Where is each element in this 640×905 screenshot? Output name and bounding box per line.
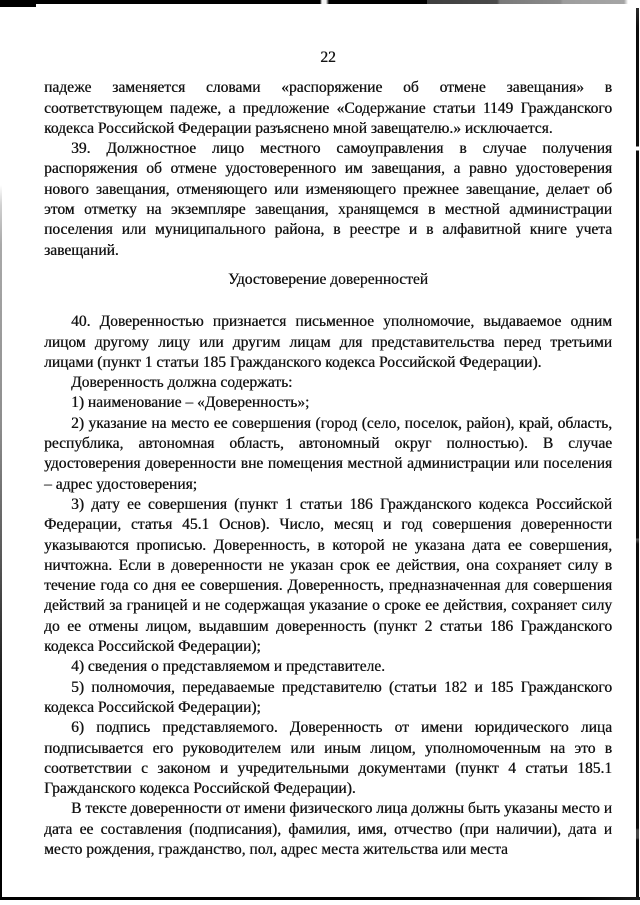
scan-edge-top — [0, 0, 632, 4]
scan-edge-right — [636, 8, 639, 900]
scanned-document-page: 22 падеже заменяется словами «распоряжен… — [0, 0, 640, 905]
list-item-3: 3) дату ее совершения (пункт 1 статьи 18… — [44, 495, 612, 657]
scan-edge-top-left — [0, 0, 36, 7]
paragraph-39: 39. Должностное лицо местного самоуправл… — [44, 139, 612, 261]
list-item-5: 5) полномочия, передаваемые представител… — [44, 678, 612, 719]
paragraph-40: 40. Доверенностью признается письменное … — [44, 312, 612, 373]
list-item-4: 4) сведения о представляемом и представи… — [44, 657, 612, 677]
page-number: 22 — [44, 48, 612, 68]
scan-edge-left — [0, 185, 2, 899]
section-heading: Удостоверение доверенностей — [44, 270, 612, 290]
list-item-1: 1) наименование – «Доверенность»; — [44, 393, 612, 413]
list-item-6: 6) подпись представляемого. Доверенность… — [44, 718, 612, 799]
paragraph-continuation: падеже заменяется словами «распоряжение … — [44, 78, 612, 139]
scan-edge-bottom — [0, 897, 640, 900]
paragraph-intro-list: Доверенность должна содержать: — [44, 373, 612, 393]
paragraph-final: В тексте доверенности от имени физическо… — [44, 799, 612, 860]
page-content: 22 падеже заменяется словами «распоряжен… — [44, 48, 612, 860]
list-item-2: 2) указание на место ее совершения (горо… — [44, 414, 612, 495]
